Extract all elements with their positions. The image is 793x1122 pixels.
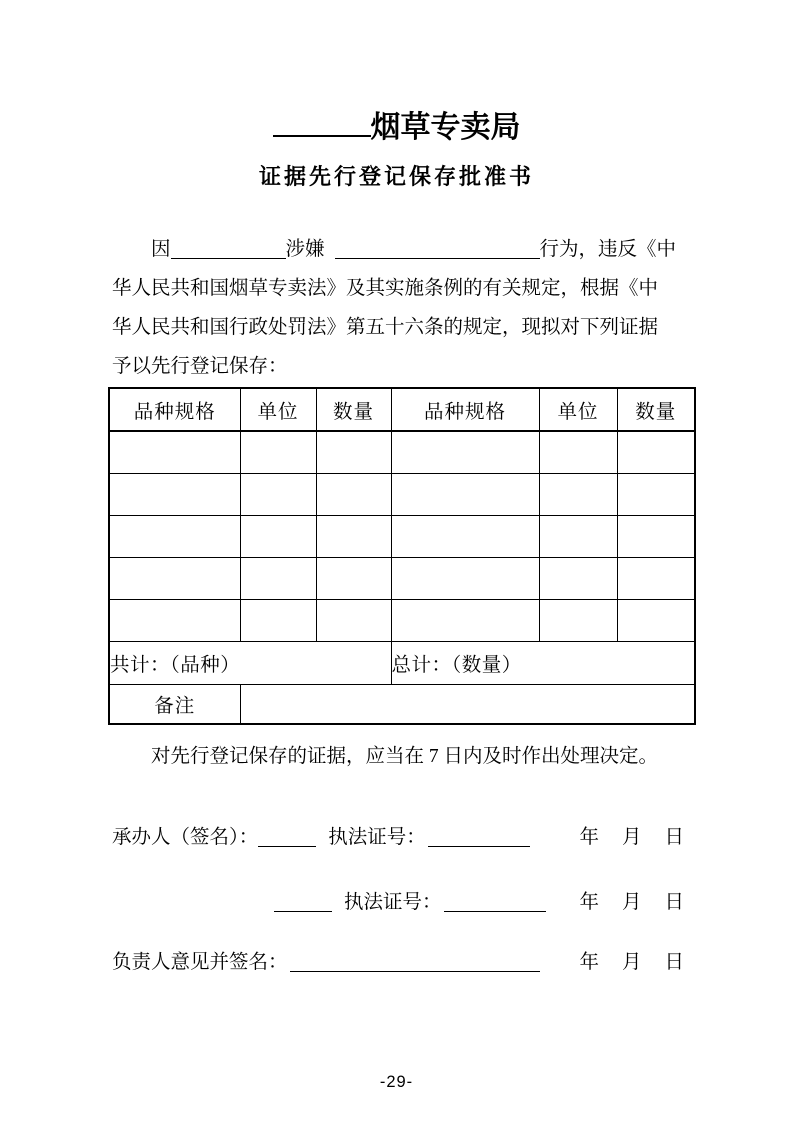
cause-prefix: 因 [151, 239, 171, 260]
date-group: 年月日 [579, 950, 684, 976]
empty-cell [316, 599, 391, 641]
date-month-label: 月 [622, 892, 642, 913]
date-year-label: 年 [579, 827, 599, 848]
document-page: 烟草专卖局 证据先行登记保存批准书 因涉嫌行为，违反《中 华人民共和国烟草专卖法… [0, 0, 793, 1122]
empty-cell [109, 473, 240, 515]
empty-cell [240, 515, 316, 557]
empty-cell [240, 431, 316, 473]
header-qty-left: 数量 [316, 388, 391, 431]
responsible-signature-blank-line [290, 955, 540, 972]
table-empty-row [109, 431, 695, 473]
document-title: 烟草专卖局 [0, 109, 793, 147]
paragraph-line-1: 因涉嫌行为，违反《中 [112, 230, 686, 269]
table-remark-row: 备注 [109, 684, 695, 724]
handling-deadline-note: 对先行登记保存的证据，应当在 7 日内及时作出处理决定。 [112, 744, 686, 770]
empty-cell [391, 599, 539, 641]
date-month-label: 月 [622, 827, 642, 848]
conduct-suffix: 行为，违反《中 [540, 239, 677, 260]
empty-cell [391, 515, 539, 557]
empty-cell [109, 557, 240, 599]
empty-cell [539, 473, 617, 515]
empty-cell [240, 473, 316, 515]
table-totals-row: 共计：（品种） 总计：（数量） [109, 641, 695, 684]
suspected-label: 涉嫌 [286, 239, 325, 260]
empty-cell [240, 599, 316, 641]
header-qty-right: 数量 [617, 388, 695, 431]
empty-cell [316, 557, 391, 599]
page-number: -29- [0, 1072, 793, 1092]
date-day-label: 日 [664, 827, 684, 848]
empty-cell [391, 473, 539, 515]
empty-cell [617, 431, 695, 473]
table-empty-row [109, 515, 695, 557]
handler-signature-blank-line [274, 895, 332, 912]
document-subtitle: 证据先行登记保存批准书 [0, 163, 793, 191]
date-year-label: 年 [579, 952, 599, 973]
second-handler-signature-row: 执法证号： 年月日 [112, 890, 684, 916]
empty-cell [391, 431, 539, 473]
empty-cell [109, 599, 240, 641]
empty-cell [617, 473, 695, 515]
responsible-person-row: 负责人意见并签名： 年月日 [112, 950, 684, 976]
body-paragraph: 因涉嫌行为，违反《中 华人民共和国烟草专卖法》及其实施条例的有关规定，根据《中 … [112, 230, 686, 386]
empty-cell [316, 473, 391, 515]
license-number-label: 执法证号： [328, 827, 426, 848]
license-number-blank-line [428, 830, 530, 847]
empty-cell [109, 515, 240, 557]
paragraph-line-2: 华人民共和国烟草专卖法》及其实施条例的有关规定，根据《中 [112, 269, 686, 308]
responsible-label: 负责人意见并签名： [112, 952, 288, 973]
date-day-label: 日 [664, 892, 684, 913]
date-year-label: 年 [579, 892, 599, 913]
date-day-label: 日 [664, 952, 684, 973]
remark-label-cell: 备注 [109, 684, 240, 724]
empty-cell [539, 515, 617, 557]
header-unit-right: 单位 [539, 388, 617, 431]
org-name-blank-line [273, 135, 371, 137]
empty-cell [617, 557, 695, 599]
remark-value-cell [240, 684, 695, 724]
empty-cell [240, 557, 316, 599]
handler-signature-row: 承办人（签名）：执法证号： 年月日 [112, 825, 684, 851]
license-number-blank-line [444, 895, 546, 912]
party-name-blank-line [171, 242, 286, 259]
date-group: 年月日 [579, 890, 684, 916]
empty-cell [539, 557, 617, 599]
paragraph-line-3: 华人民共和国行政处罚法》第五十六条的规定，现拟对下列证据 [112, 308, 686, 347]
table-empty-row [109, 599, 695, 641]
date-group: 年月日 [579, 825, 684, 851]
empty-cell [617, 515, 695, 557]
table-empty-row [109, 557, 695, 599]
evidence-table: 品种规格 单位 数量 品种规格 单位 数量 [108, 387, 696, 725]
empty-cell [316, 431, 391, 473]
empty-cell [539, 431, 617, 473]
license-number-label: 执法证号： [344, 892, 442, 913]
header-spec-left: 品种规格 [109, 388, 240, 431]
header-spec-right: 品种规格 [391, 388, 539, 431]
totals-quantity-cell: 总计：（数量） [391, 641, 695, 684]
empty-cell [617, 599, 695, 641]
handler-label: 承办人（签名）： [112, 827, 258, 848]
date-month-label: 月 [622, 952, 642, 973]
totals-species-cell: 共计：（品种） [109, 641, 391, 684]
empty-cell [391, 557, 539, 599]
org-name-suffix: 烟草专卖局 [371, 111, 521, 144]
table-header-row: 品种规格 单位 数量 品种规格 单位 数量 [109, 388, 695, 431]
empty-cell [109, 431, 240, 473]
header-unit-left: 单位 [240, 388, 316, 431]
handler-signature-blank-line [258, 830, 316, 847]
empty-cell [539, 599, 617, 641]
empty-cell [316, 515, 391, 557]
table-empty-row [109, 473, 695, 515]
paragraph-line-4: 予以先行登记保存： [112, 347, 686, 386]
suspected-conduct-blank-line [335, 242, 540, 259]
